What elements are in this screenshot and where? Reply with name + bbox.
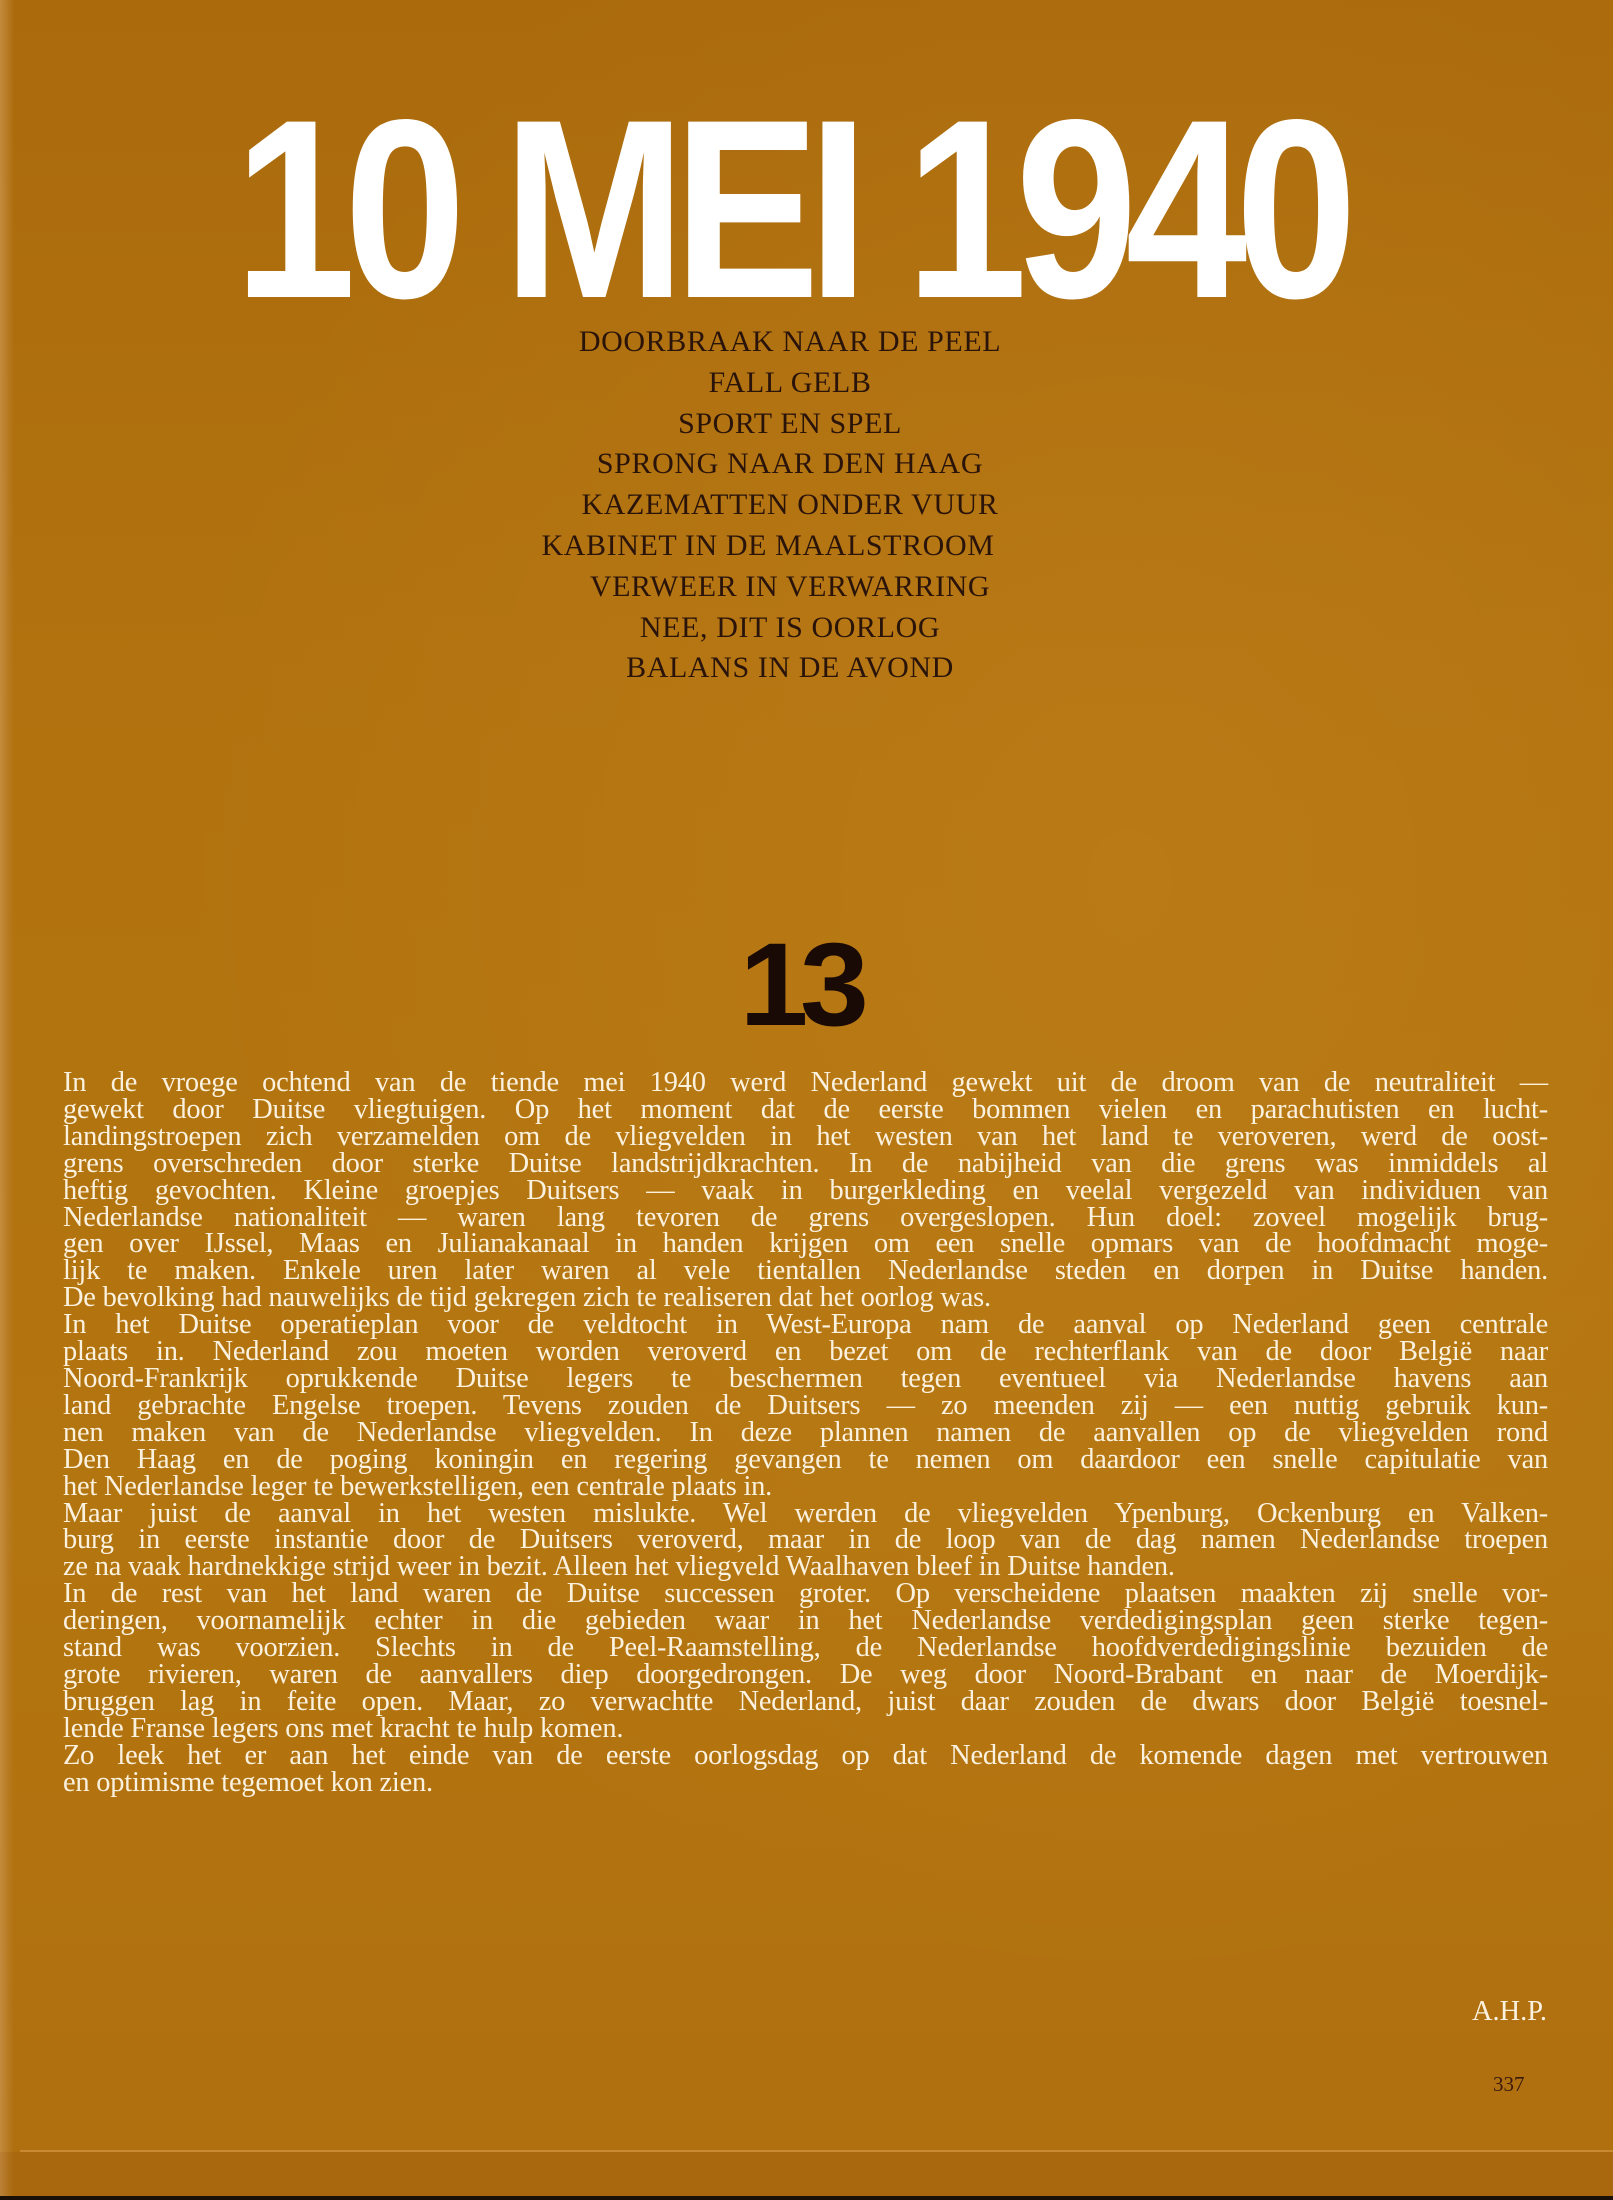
- article-line: plaats in. Nederland zou moeten worden v…: [63, 1339, 1548, 1366]
- article-line: In de rest van het land waren de Duitse …: [63, 1581, 1548, 1608]
- article-line: stand was voorzien. Slechts in de Peel-R…: [63, 1635, 1548, 1662]
- article-line: grens overschreden door sterke Duitse la…: [63, 1151, 1548, 1178]
- article-line: deringen, voornamelijk echter in die geb…: [63, 1608, 1548, 1635]
- article-line: Maar juist de aanval in het westen mislu…: [63, 1501, 1548, 1528]
- article-line: Noord-Frankrijk oprukkende Duitse legers…: [63, 1366, 1548, 1393]
- article-line: ze na vaak hardnekkige strijd weer in be…: [63, 1554, 1548, 1581]
- article-paragraph: In het Duitse operatieplan voor de veldt…: [63, 1312, 1548, 1500]
- contents-list: DOORBRAAK NAAR DE PEEL FALL GELB SPORT E…: [440, 322, 1140, 689]
- article-paragraph: In de rest van het land waren de Duitse …: [63, 1581, 1548, 1742]
- article-paragraph: In de vroege ochtend van de tiende mei 1…: [63, 1070, 1548, 1312]
- contents-item: KABINET IN DE MAALSTROOM: [418, 526, 1118, 567]
- article-line: heftig gevochten. Kleine groepjes Duitse…: [63, 1178, 1548, 1205]
- article-paragraph: Zo leek het er aan het einde van de eers…: [63, 1743, 1548, 1797]
- fold-shadow: [0, 2152, 1613, 2200]
- article-line: bruggen lag in feite open. Maar, zo verw…: [63, 1689, 1548, 1716]
- article-line: landingstroepen zich verzamelden om de v…: [63, 1124, 1548, 1151]
- article-line: De bevolking had nauwelijks de tijd gekr…: [63, 1285, 1548, 1312]
- article-line: Den Haag en de poging koningin en regeri…: [63, 1447, 1548, 1474]
- article-line: lijk te maken. Enkele uren later waren a…: [63, 1258, 1548, 1285]
- contents-item: VERWEER IN VERWARRING: [440, 567, 1140, 608]
- article-line: land gebrachte Engelse troepen. Tevens z…: [63, 1393, 1548, 1420]
- magazine-page: 10 MEI 1940 DOORBRAAK NAAR DE PEEL FALL …: [0, 0, 1613, 2200]
- article-line: In de vroege ochtend van de tiende mei 1…: [63, 1070, 1548, 1097]
- contents-item: NEE, DIT IS OORLOG: [440, 608, 1140, 649]
- page-number: 337: [1493, 2072, 1525, 2096]
- article-body: In de vroege ochtend van de tiende mei 1…: [63, 1070, 1548, 1796]
- article-line: nen maken van de Nederlandse vliegvelden…: [63, 1420, 1548, 1447]
- article-line: lende Franse legers ons met kracht te hu…: [63, 1716, 1548, 1743]
- article-line: Zo leek het er aan het einde van de eers…: [63, 1743, 1548, 1770]
- article-line: gen over IJssel, Maas en Julianakanaal i…: [63, 1231, 1548, 1258]
- article-line: het Nederlandse leger te bewerkstelligen…: [63, 1474, 1548, 1501]
- author-initials: A.H.P.: [1472, 1997, 1547, 2027]
- contents-item: KAZEMATTEN ONDER VUUR: [440, 485, 1140, 526]
- issue-number: 13: [695, 920, 905, 1050]
- contents-item: BALANS IN DE AVOND: [440, 648, 1140, 689]
- contents-item: FALL GELB: [440, 363, 1140, 404]
- article-line: Nederlandse nationaliteit — waren lang t…: [63, 1205, 1548, 1232]
- article-paragraph: Maar juist de aanval in het westen mislu…: [63, 1501, 1548, 1582]
- page-edge: [0, 2196, 1613, 2200]
- binding-edge: [0, 0, 14, 2200]
- article-line: en optimisme tegemoet kon zien.: [63, 1770, 1548, 1797]
- article-line: gewekt door Duitse vliegtuigen. Op het m…: [63, 1097, 1548, 1124]
- article-line: In het Duitse operatieplan voor de veldt…: [63, 1312, 1548, 1339]
- article-line: grote rivieren, waren de aanvallers diep…: [63, 1662, 1548, 1689]
- article-line: burg in eerste instantie door de Duitser…: [63, 1527, 1548, 1554]
- contents-item: SPORT EN SPEL: [440, 404, 1140, 445]
- page-title: 10 MEI 1940: [20, 60, 1559, 360]
- contents-item: DOORBRAAK NAAR DE PEEL: [440, 322, 1140, 363]
- contents-item: SPRONG NAAR DEN HAAG: [440, 444, 1140, 485]
